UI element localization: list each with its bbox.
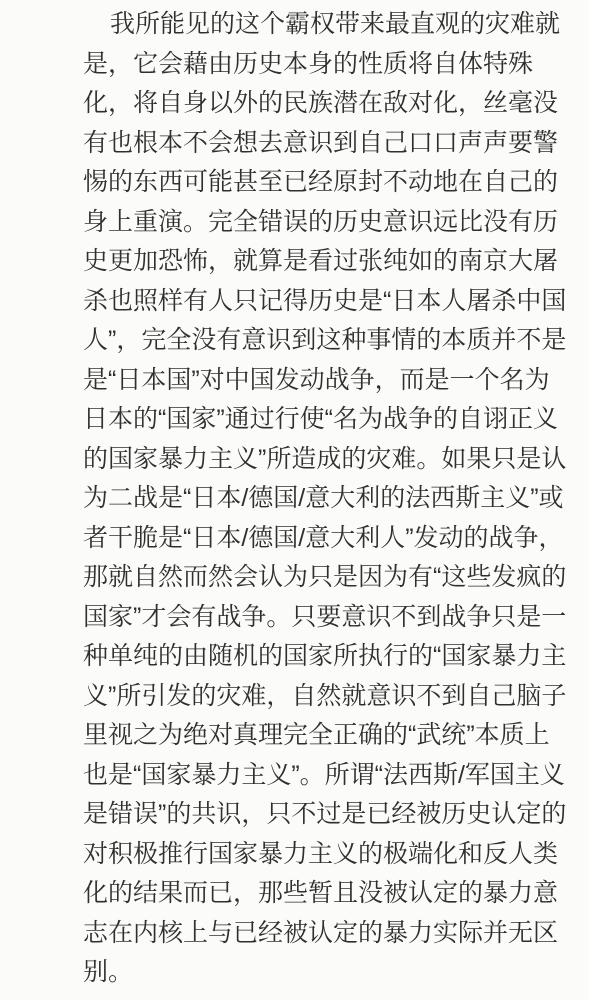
text-line: 我所能见的这个霸权带来最直观的灾难就 (83, 5, 563, 45)
text-line: 者干脆是“日本/德国/意大利人”发动的战争， (83, 519, 563, 559)
text-line: 那就自然而然会认为只是因为有“这些发疯的 (83, 558, 563, 598)
text-line: 身上重演。完全错误的历史意识远比没有历 (83, 203, 563, 243)
text-line: 是“日本国”对中国发动战争，而是一个名为 (83, 361, 563, 401)
text-line: 为二战是“日本/德国/意大利的法西斯主义”或 (83, 479, 563, 519)
text-line: 化的结果而已，那些暂且没被认定的暴力意 (83, 874, 563, 914)
text-line: 化，将自身以外的民族潜在敌对化，丝毫没 (83, 84, 563, 124)
text-line: 义”所引发的灾难，自然就意识不到自己脑子 (83, 677, 563, 717)
text-line: 人”，完全没有意识到这种事情的本质并不是 (83, 321, 563, 361)
text-line: 史更加恐怖，就算是看过张纯如的南京大屠 (83, 242, 563, 282)
text-line: 有也根本不会想去意识到自己口口声声要警 (83, 124, 563, 164)
text-line: 是错误”的共识，只不过是已经被历史认定的 (83, 795, 563, 835)
text-line: 惕的东西可能甚至已经原封不动地在自己的 (83, 163, 563, 203)
text-line: 志在内核上与已经被认定的暴力实际并无区 (83, 914, 563, 954)
essay-text: 我所能见的这个霸权带来最直观的灾难就是，它会藉由历史本身的性质将自体特殊化，将自… (0, 0, 589, 993)
text-line: 里视之为绝对真理完全正确的“武统”本质上 (83, 716, 563, 756)
text-line: 国家”才会有战争。只要意识不到战争只是一 (83, 598, 563, 638)
text-line: 种单纯的由随机的国家所执行的“国家暴力主 (83, 637, 563, 677)
text-line: 日本的“国家”通过行使“名为战争的自诩正义 (83, 400, 563, 440)
text-line: 杀也照样有人只记得历史是“日本人屠杀中国 (83, 282, 563, 322)
text-line: 的国家暴力主义”所造成的灾难。如果只是认 (83, 440, 563, 480)
text-line: 也是“国家暴力主义”。所谓“法西斯/军国主义 (83, 756, 563, 796)
text-line: 对积极推行国家暴力主义的极端化和反人类 (83, 835, 563, 875)
text-line: 是，它会藉由历史本身的性质将自体特殊 (83, 45, 563, 85)
text-line: 别。 (83, 953, 563, 993)
